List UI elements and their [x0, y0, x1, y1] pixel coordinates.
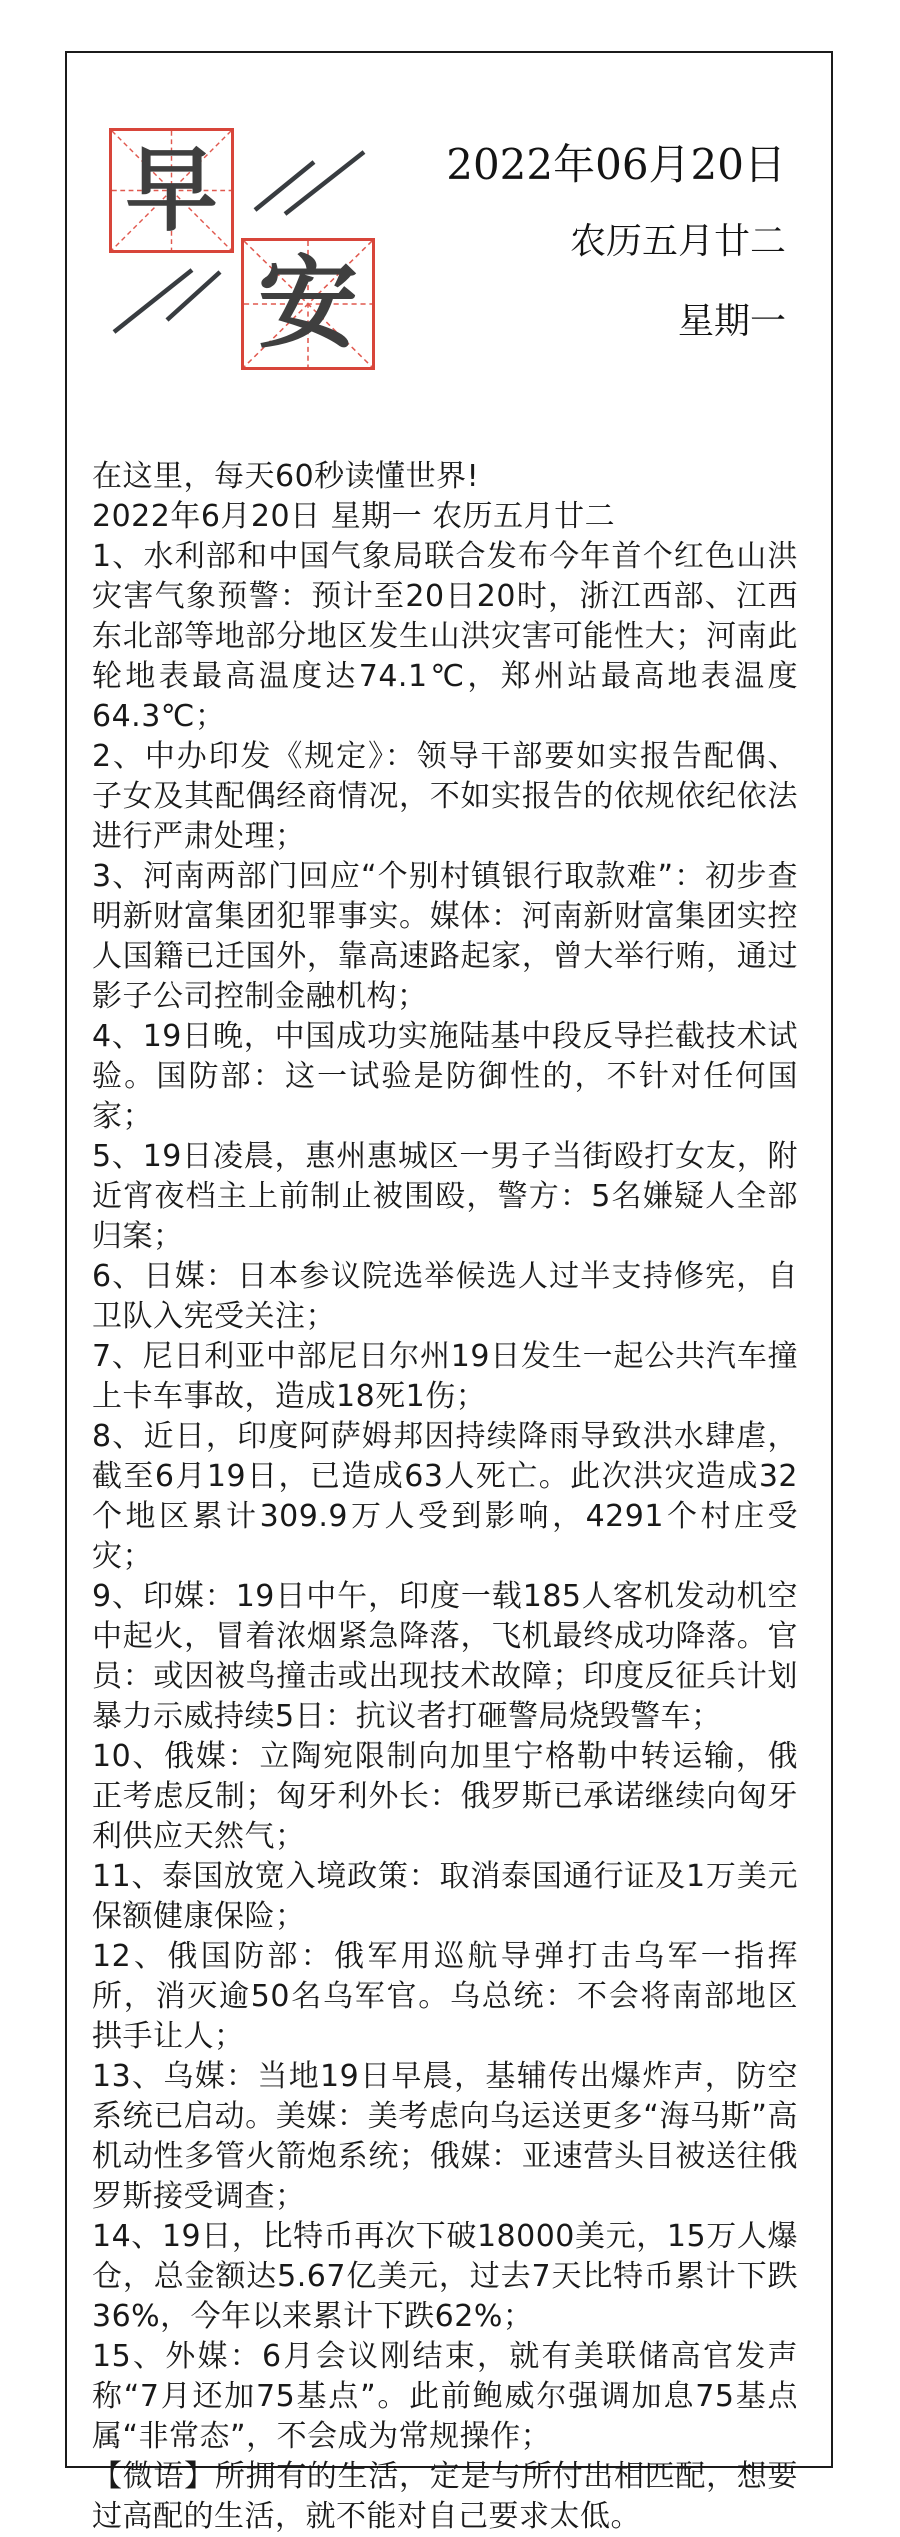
date-block: 2022年06月20日 农历五月廿二 星期一: [446, 140, 786, 344]
date-weekday: 星期一: [446, 300, 786, 344]
news-item: 5、19日凌晨，惠州惠城区一男子当街殴打女友，附近宵夜档主上前制止被围殴，警方：…: [92, 1137, 798, 1257]
date-lunar: 农历五月廿二: [446, 220, 786, 264]
news-item: 13、乌媒：当地19日早晨，基辅传出爆炸声，防空系统已启动。美媒：美考虑向乌运送…: [92, 2057, 798, 2217]
news-item: 1、水利部和中国气象局联合发布今年首个红色山洪灾害气象预警：预计至20日20时，…: [92, 537, 798, 737]
weiyu-quote: 【微语】所拥有的生活，定是与所付出相匹配，想要过高配的生活，就不能对自己要求太低…: [92, 2457, 798, 2537]
news-item: 2、中办印发《规定》：领导干部要如实报告配偶、子女及其配偶经商情况，不如实报告的…: [92, 737, 798, 857]
news-item: 4、19日晚，中国成功实施陆基中段反导拦截技术试验。国防部：这一试验是防御性的，…: [92, 1017, 798, 1137]
news-item: 9、印媒：19日中午，印度一载185人客机发动机空中起火，冒着浓烟紧急降落，飞机…: [92, 1577, 798, 1737]
date-subtitle-line: 2022年6月20日 星期一 农历五月廿二: [92, 497, 798, 537]
news-item: 15、外媒：6月会议刚结束，就有美联储高官发声称“7月还加75基点”。此前鲍威尔…: [92, 2337, 798, 2457]
news-item: 10、俄媒：立陶宛限制向加里宁格勒中转运输，俄正考虑反制；匈牙利外长：俄罗斯已承…: [92, 1737, 798, 1857]
news-item: 3、河南两部门回应“个别村镇银行取款难”：初步查明新财富集团犯罪事实。媒体：河南…: [92, 857, 798, 1017]
news-item: 6、日媒：日本参议院选举候选人过半支持修宪，自卫队入宪受关注；: [92, 1257, 798, 1337]
news-item: 7、尼日利亚中部尼日尔州19日发生一起公共汽车撞上卡车事故，造成18死1伤；: [92, 1337, 798, 1417]
news-item: 14、19日，比特币再次下破18000美元，15万人爆仓，总金额达5.67亿美元…: [92, 2217, 798, 2337]
news-list: 1、水利部和中国气象局联合发布今年首个红色山洪灾害气象预警：预计至20日20时，…: [92, 537, 798, 2457]
intro-line: 在这里，每天60秒读懂世界!: [92, 457, 798, 497]
news-item: 12、俄国防部：俄军用巡航导弹打击乌军一指挥所，消灭逾50名乌军官。乌总统：不会…: [92, 1937, 798, 2057]
logo-char-an: 安: [258, 254, 358, 354]
news-item: 11、泰国放宽入境政策：取消泰国通行证及1万美元保额健康保险；: [92, 1857, 798, 1937]
calligraphy-box-an: 安: [241, 238, 375, 370]
calligraphy-box-zao: 早: [109, 128, 234, 253]
morning-news-image: { "logo": { "char1": "早", "char2": "安" }…: [0, 0, 900, 2520]
news-content: 在这里，每天60秒读懂世界! 2022年6月20日 星期一 农历五月廿二 1、水…: [92, 457, 798, 2537]
page-border: 早 安 2022年06月20日 农历五月廿二: [65, 51, 833, 2468]
logo-char-zao: 早: [125, 145, 217, 237]
date-gregorian: 2022年06月20日: [446, 140, 786, 190]
news-item: 8、近日，印度阿萨姆邦因持续降雨导致洪水肆虐，截至6月19日，已造成63人死亡。…: [92, 1417, 798, 1577]
